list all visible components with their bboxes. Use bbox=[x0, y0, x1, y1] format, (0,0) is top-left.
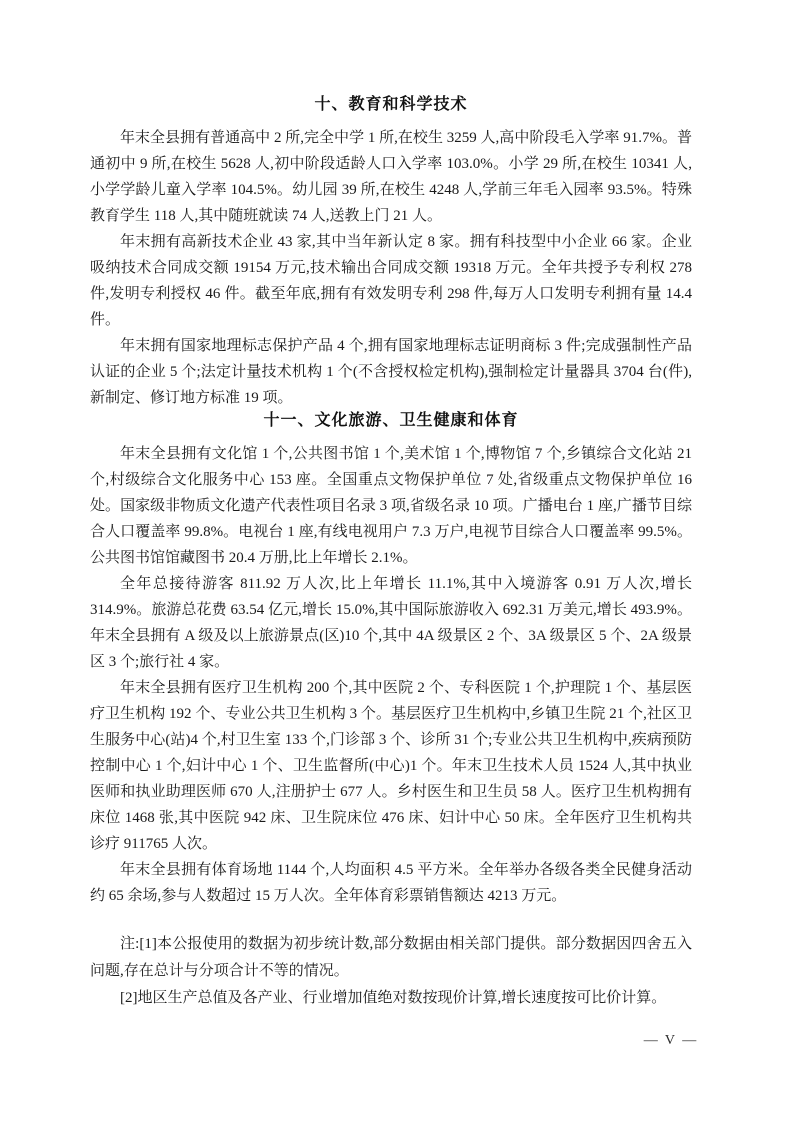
paragraph-tourism: 全年总接待游客 811.92 万人次,比上年增长 11.1%,其中入境游客 0.… bbox=[90, 571, 692, 675]
paragraph-hightech-patents: 年末拥有高新技术企业 43 家,其中当年新认定 8 家。拥有科技型中小企业 66… bbox=[90, 229, 692, 333]
paragraph-culture-facilities: 年末全县拥有文化馆 1 个,公共图书馆 1 个,美术馆 1 个,博物馆 7 个,… bbox=[90, 441, 692, 571]
page-number: — V — bbox=[631, 1033, 711, 1049]
section-education-and-science: 十、教育和科学技术 年末全县拥有普通高中 2 所,完全中学 1 所,在校生 32… bbox=[90, 97, 692, 411]
section-heading-education-and-science: 十、教育和科学技术 bbox=[90, 97, 692, 113]
footnotes: 注:[1]本公报使用的数据为初步统计数,部分数据由相关部门提供。部分数据因四舍五… bbox=[90, 931, 692, 1012]
paragraph-health-institutions: 年末全县拥有医疗卫生机构 200 个,其中医院 2 个、专科医院 1 个,护理院… bbox=[90, 675, 692, 857]
paragraph-geographic-indication-standards: 年末拥有国家地理标志保护产品 4 个,拥有国家地理标志证明商标 3 件;完成强制… bbox=[90, 333, 692, 411]
paragraph-sports: 年末全县拥有体育场地 1144 个,人均面积 4.5 平方米。全年举办各级各类全… bbox=[90, 857, 692, 909]
section-heading-culture-tourism-health-sports: 十一、文化旅游、卫生健康和体育 bbox=[90, 413, 692, 429]
footnote-2: [2]地区生产总值及各产业、行业增加值绝对数按现价计算,增长速度按可比价计算。 bbox=[90, 985, 692, 1012]
footnote-1: 注:[1]本公报使用的数据为初步统计数,部分数据由相关部门提供。部分数据因四舍五… bbox=[90, 931, 692, 985]
paragraph-education-schools: 年末全县拥有普通高中 2 所,完全中学 1 所,在校生 3259 人,高中阶段毛… bbox=[90, 125, 692, 229]
document-page: 十、教育和科学技术 年末全县拥有普通高中 2 所,完全中学 1 所,在校生 32… bbox=[0, 0, 793, 1122]
section-culture-tourism-health-sports: 十一、文化旅游、卫生健康和体育 年末全县拥有文化馆 1 个,公共图书馆 1 个,… bbox=[90, 413, 692, 909]
